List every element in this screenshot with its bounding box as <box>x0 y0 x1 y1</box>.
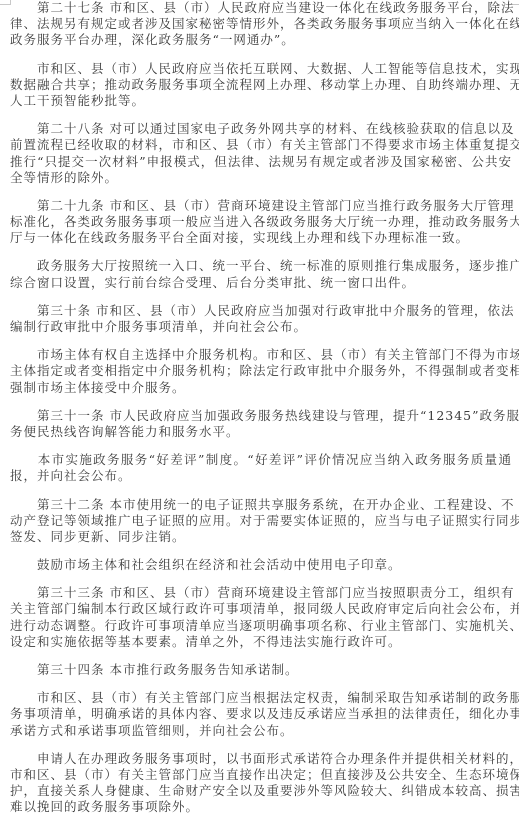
paragraph-line: 鼓励市场主体和社会组织在经济和社会活动中使用电子印章。 <box>10 557 512 573</box>
paragraph-line: 第二十七条 市和区、县（市）人民政府应当建设一体化在线政务服务平台，除法 <box>10 0 512 16</box>
paragraph-line: 标准化，各类政务服务事项一般应当进入各级政务服务大厅统一办理，推动政务服务大 <box>10 214 512 230</box>
paragraph-art31-2: 本市实施政务服务“好差评”制度。“好差评”评价情况应当纳入政务服务质量通报，并向… <box>10 452 512 484</box>
paragraph-art30-2: 市场主体有权自主选择中介服务机构。市和区、县（市）有关主管部门不得为市场主体指定… <box>10 347 512 396</box>
paragraph-art32: 第三十二条 本市使用统一的电子证照共享服务系统，在开办企业、工程建设、不动产登记… <box>10 497 512 546</box>
paragraph-line: 本市实施政务服务“好差评”制度。“好差评”评价情况应当纳入政务服务质量通 <box>10 452 512 468</box>
paragraph-line: 第二十九条 市和区、县（市）营商环境建设主管部门应当推行政务服务大厅管理 <box>10 198 512 214</box>
paragraph-line: 设定和实施依据等基本要素。清单之外，不得违法实施行政许可。 <box>10 634 512 650</box>
paragraph-line: 人工干预智能秒批等。 <box>10 93 512 109</box>
paragraph-line: 关主管部门编制本行政区域行政许可事项清单，报同级人民政府审定后向社会公布，并 <box>10 601 512 617</box>
paragraph-art27-2: 市和区、县（市）人民政府应当依托互联网、大数据、人工智能等信息技术，实现数据融合… <box>10 61 512 110</box>
paragraph-line: 全等情形的除外。 <box>10 170 512 186</box>
paragraph-line: 综合窗口设置，实行前台综合受理、后台分类审批、统一窗口出件。 <box>10 275 512 291</box>
paragraph-line: 动产登记等领域推广电子证照的应用。对于需要实体证照的，应当与电子证照实行同步 <box>10 513 512 529</box>
paragraph-line: 律、法规另有规定或者涉及国家秘密等情形外，各类政务服务事项应当纳入一体化在线 <box>10 16 512 32</box>
paragraph-line: 护，直接关系人身健康、生命财产安全以及重要涉外等风险较大、纠错成本较高、损害 <box>10 783 512 799</box>
paragraph-line: 政务服务平台办理，深化政务服务“一网通办”。 <box>10 32 512 48</box>
paragraph-line: 政务服务大厅按照统一入口、统一平台、统一标准的原则推行集成服务，逐步推广 <box>10 258 512 274</box>
paragraph-line: 第三十条 市和区、县（市）人民政府应当加强对行政审批中介服务的管理，依法 <box>10 303 512 319</box>
paragraph-line: 第三十四条 本市推行政务服务告知承诺制。 <box>10 662 512 678</box>
document-body: 第二十七条 市和区、县（市）人民政府应当建设一体化在线政务服务平台，除法律、法规… <box>10 0 512 825</box>
paragraph-line: 市和区、县（市）有关主管部门应当直接作出决定；但直接涉及公共安全、生态环境保 <box>10 767 512 783</box>
paragraph-line: 报，并向社会公布。 <box>10 468 512 484</box>
paragraph-line: 数据融合共享；推动政务服务事项全流程网上办理、移动掌上办理、自助终端办理、无 <box>10 77 512 93</box>
paragraph-line: 申请人在办理政务服务事项时，以书面形式承诺符合办理条件并提供相关材料的， <box>10 751 512 767</box>
paragraph-line: 难以挽回的政务服务事项除外。 <box>10 799 512 815</box>
paragraph-art33: 第三十三条 市和区、县（市）营商环境建设主管部门应当按照职责分工，组织有关主管部… <box>10 585 512 650</box>
paragraph-art34-3: 申请人在办理政务服务事项时，以书面形式承诺符合办理条件并提供相关材料的，市和区、… <box>10 751 512 816</box>
paragraph-line: 前置流程已经收取的材料，市和区、县（市）有关主管部门不得要求市场主体重复提交， <box>10 137 512 153</box>
paragraph-line: 推行“只提交一次材料”申报模式，但法律、法规另有规定或者涉及国家秘密、公共安 <box>10 154 512 170</box>
paragraph-line: 编制行政审批中介服务事项清单，并向社会公布。 <box>10 319 512 335</box>
paragraph-art29: 第二十九条 市和区、县（市）营商环境建设主管部门应当推行政务服务大厅管理标准化，… <box>10 198 512 247</box>
paragraph-art28: 第二十八条 对可以通过国家电子政务外网共享的材料、在线核验获取的信息以及前置流程… <box>10 121 512 186</box>
paragraph-line: 承诺方式和承诺事项监管细则，并向社会公布。 <box>10 723 512 739</box>
paragraph-line: 强制市场主体接受中介服务。 <box>10 380 512 396</box>
paragraph-art32-2: 鼓励市场主体和社会组织在经济和社会活动中使用电子印章。 <box>10 557 512 573</box>
paragraph-art34-2: 市和区、县（市）有关主管部门应当根据法定权责，编制采取告知承诺制的政务服务事项清… <box>10 690 512 739</box>
paragraph-art29-2: 政务服务大厅按照统一入口、统一平台、统一标准的原则推行集成服务，逐步推广综合窗口… <box>10 258 512 290</box>
paragraph-line: 第三十二条 本市使用统一的电子证照共享服务系统，在开办企业、工程建设、不 <box>10 497 512 513</box>
paragraph-line: 第三十一条 市人民政府应当加强政务服务热线建设与管理，提升“12345”政务服 <box>10 408 512 424</box>
paragraph-line: 厅与一体化在线政务服务平台全面对接，实现线上办理和线下办理标准一致。 <box>10 230 512 246</box>
paragraph-art27: 第二十七条 市和区、县（市）人民政府应当建设一体化在线政务服务平台，除法律、法规… <box>10 0 512 49</box>
paragraph-art30: 第三十条 市和区、县（市）人民政府应当加强对行政审批中介服务的管理，依法编制行政… <box>10 303 512 335</box>
paragraph-line: 第二十八条 对可以通过国家电子政务外网共享的材料、在线核验获取的信息以及 <box>10 121 512 137</box>
paragraph-line: 市和区、县（市）人民政府应当依托互联网、大数据、人工智能等信息技术，实现 <box>10 61 512 77</box>
paragraph-art34: 第三十四条 本市推行政务服务告知承诺制。 <box>10 662 512 678</box>
paragraph-line: 市和区、县（市）有关主管部门应当根据法定权责，编制采取告知承诺制的政务服 <box>10 690 512 706</box>
paragraph-line: 第三十三条 市和区、县（市）营商环境建设主管部门应当按照职责分工，组织有 <box>10 585 512 601</box>
paragraph-line: 市场主体有权自主选择中介服务机构。市和区、县（市）有关主管部门不得为市场 <box>10 347 512 363</box>
paragraph-art31: 第三十一条 市人民政府应当加强政务服务热线建设与管理，提升“12345”政务服务… <box>10 408 512 440</box>
paragraph-line: 进行动态调整。行政许可事项清单应当逐项明确事项名称、行业主管部门、实施机关、 <box>10 618 512 634</box>
paragraph-line: 签发、同步更新、同步注销。 <box>10 529 512 545</box>
paragraph-line: 务便民热线咨询解答能力和服务水平。 <box>10 424 512 440</box>
paragraph-line: 务事项清单，明确承诺的具体内容、要求以及违反承诺应当承担的法律责任，细化办事 <box>10 706 512 722</box>
paragraph-line: 主体指定或者变相指定中介服务机构；除法定行政审批中介服务外，不得强制或者变相 <box>10 363 512 379</box>
